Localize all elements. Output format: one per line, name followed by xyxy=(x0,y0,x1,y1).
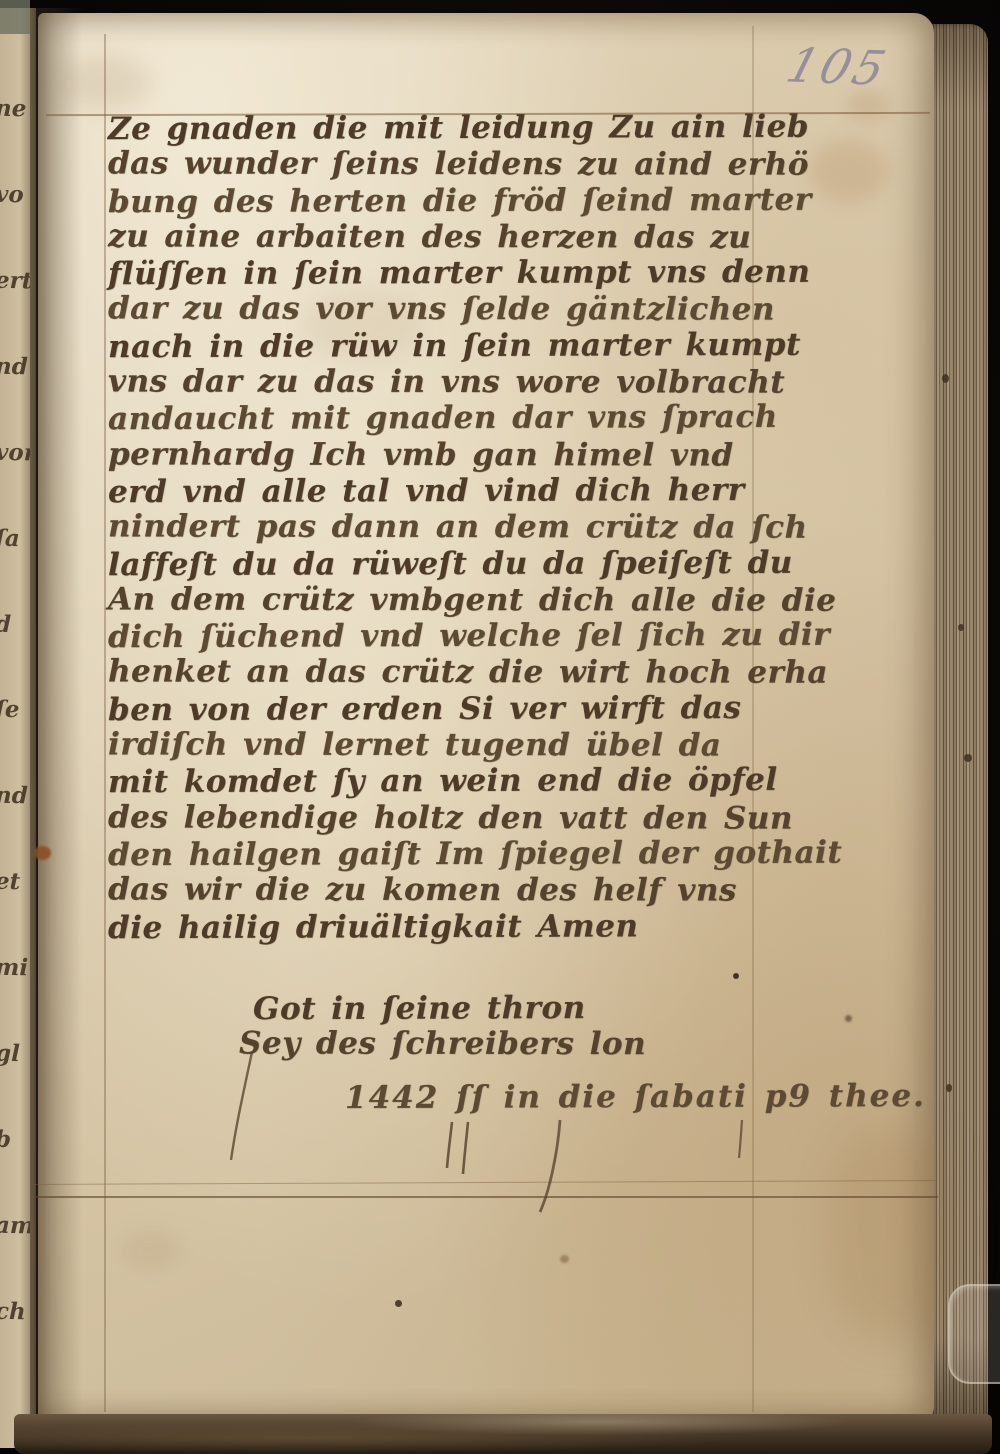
text-fragment: ch xyxy=(0,1298,25,1325)
facing-page-text-fragments: ne vo ert nd von ſa d ſe nd et mi gl b a… xyxy=(0,95,30,1325)
folio-number: 105 xyxy=(781,38,894,96)
colophon: Got in ſeine thron Sey des ſchreibers lo… xyxy=(253,990,926,1115)
text-line: pernhardg Ich vmb gan himel vnd xyxy=(108,436,788,473)
text-fragment: b xyxy=(0,1126,25,1154)
text-fragment: ſa xyxy=(0,524,25,552)
text-line: flüſſen in ſein marter kumpt vns denn xyxy=(108,254,788,293)
text-line: irdiſch vnd lernet tugend übel da xyxy=(108,726,788,763)
text-line: An dem crütz vmbgent dich alle die die xyxy=(108,581,788,618)
ruling-line-bottom xyxy=(34,1196,938,1198)
text-line: Ze gnaden die mit leidung Zu ain lieb xyxy=(108,109,788,148)
text-fragment: nd xyxy=(0,782,25,810)
text-line: vns dar zu das in vns wore volbracht xyxy=(108,363,788,400)
text-fragment: am xyxy=(0,1212,25,1240)
backdrop-corner xyxy=(0,0,30,34)
text-line: henket an das crütz die wirt hoch erha xyxy=(108,654,788,691)
text-fragment: ert xyxy=(0,267,25,295)
text-fragment: ne xyxy=(0,95,25,122)
text-line: das wunder ſeins leidens zu aind erhö xyxy=(108,146,788,183)
manuscript-scan: ne vo ert nd von ſa d ſe nd et mi gl b a… xyxy=(0,0,1000,1454)
text-line: den hailgen gaiſt Im ſpiegel der gothait xyxy=(108,835,788,874)
text-line: nindert pas dann an dem crütz da ſch xyxy=(108,509,788,546)
text-line: erd vnd alle tal vnd vind dich herr xyxy=(108,472,788,511)
text-line: ben von der erden Si ver wirft das xyxy=(108,690,788,729)
text-fragment: mi xyxy=(0,954,25,982)
edge-speck xyxy=(942,374,949,383)
colophon-dateline: 1442 ſſ in die ſabati p9 thee. xyxy=(345,1078,926,1116)
text-line: die hailig driuältigkait Amen xyxy=(108,907,788,946)
text-fragment: et xyxy=(0,868,25,896)
text-line: laffeſt du da rüweſt du da ſpeiſeſt du xyxy=(108,544,788,583)
text-line: dich ſüchend vnd welche ſel ſich zu dir xyxy=(108,617,788,656)
text-line: bung des herten die fröd ſeind marter xyxy=(108,181,788,220)
text-line: mit komdet ſy an wein end die öpfel xyxy=(108,762,788,801)
text-fragment: nd xyxy=(0,353,25,381)
text-line: des lebendige holtz den vatt den Sun xyxy=(108,799,788,836)
text-line: nach in die rüw in ſein marter kumpt xyxy=(108,327,788,366)
text-line: zu aine arbaiten des herzen das zu xyxy=(108,218,788,255)
text-fragment: gl xyxy=(0,1040,25,1068)
text-fragment: ſe xyxy=(0,696,25,724)
main-text-block: Ze gnaden die mit leidung Zu ain lieb da… xyxy=(108,110,788,945)
text-fragment: vo xyxy=(0,181,25,209)
edge-speck xyxy=(958,624,964,631)
gutter-shadow xyxy=(30,8,82,1448)
text-fragment: von xyxy=(0,438,25,466)
ruling-line-left xyxy=(104,34,106,1412)
colophon-line: Sey des ſchreibers lon xyxy=(239,1026,926,1063)
text-line: dar zu das vor vns ſelde gäntzlichen xyxy=(108,291,788,328)
edge-speck xyxy=(964,754,972,762)
colophon-line: Got in ſeine thron xyxy=(253,989,926,1028)
edge-speck xyxy=(946,1084,952,1092)
book-tail-edge xyxy=(14,1414,992,1454)
text-line: andaucht mit gnaden dar vns ſprach xyxy=(108,399,788,438)
text-fragment: d xyxy=(0,610,25,638)
glass-page-weight xyxy=(948,1284,1000,1384)
text-line: das wir die zu komen des helf vns xyxy=(108,872,788,909)
